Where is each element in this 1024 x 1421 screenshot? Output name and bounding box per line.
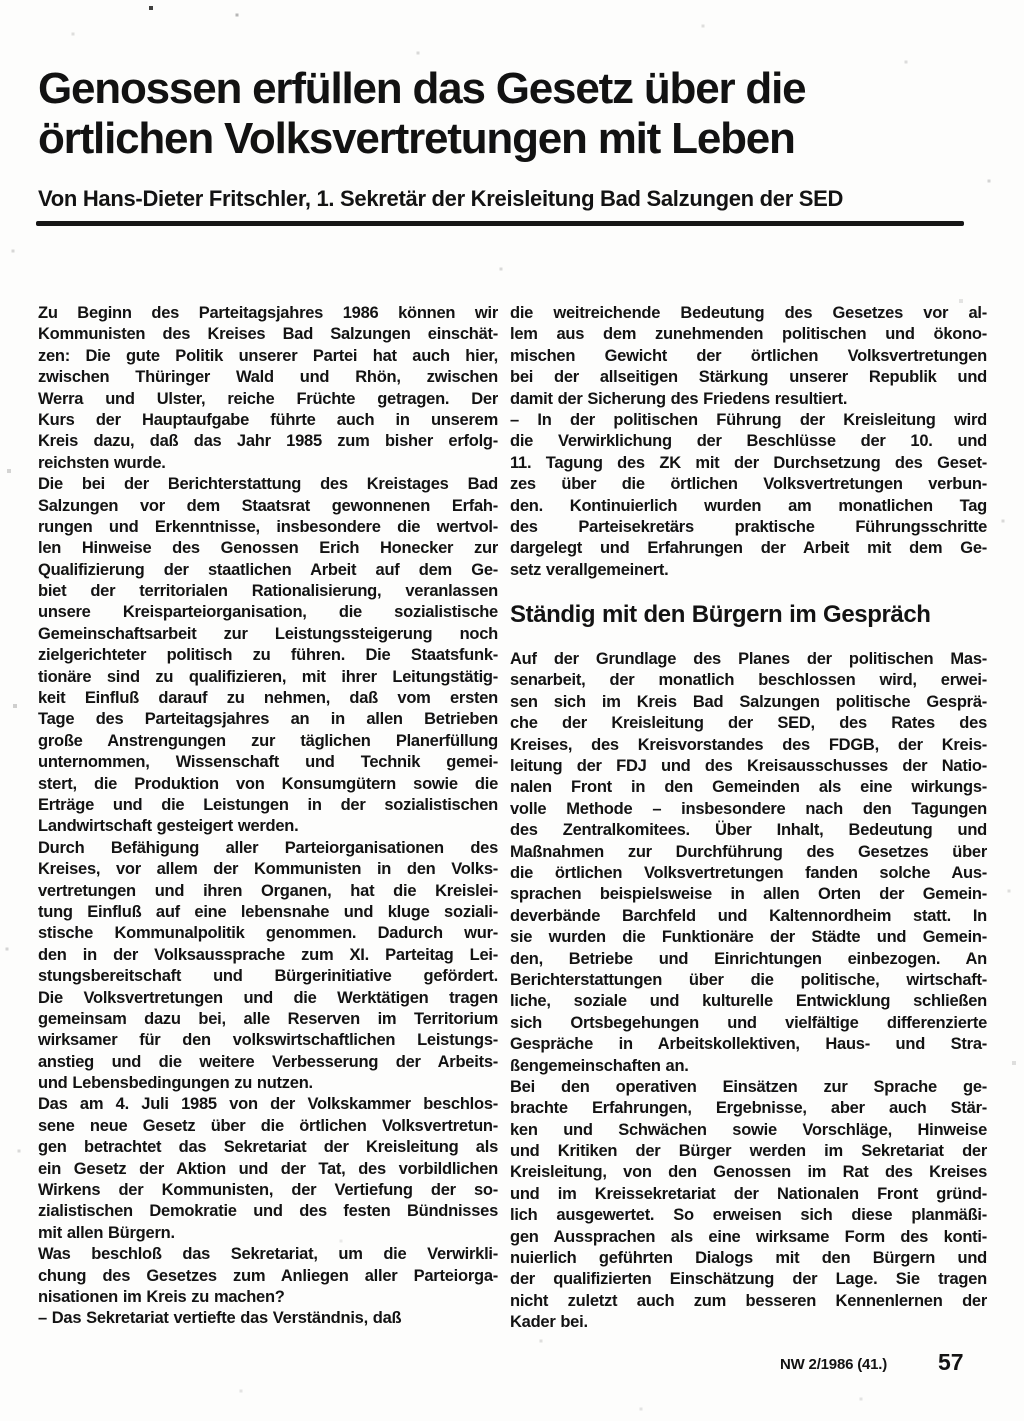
divider-rule bbox=[36, 221, 964, 226]
text-line: deverbände Barchfeld und Kaltennordheim … bbox=[510, 906, 987, 927]
text-line: unsere Kreisparteiorganisation, die sozi… bbox=[38, 602, 498, 623]
text-line: nisationen im Kreis zu machen? bbox=[38, 1287, 498, 1308]
article-title: Genossen erfüllen das Gesetz über die ör… bbox=[38, 64, 805, 164]
text-line: gemeinsam dazu bei, alle Reserven im Ter… bbox=[38, 1009, 498, 1030]
text-line: den. Kontinuierlich wurden am monatliche… bbox=[510, 496, 987, 517]
text-line: Kreises, des Kreisvorstandes des FDGB, d… bbox=[510, 735, 987, 756]
text-line: brachte Erfahrungen, Ergebnisse, aber au… bbox=[510, 1098, 987, 1119]
text-line: zialistischen Demokratie und des festen … bbox=[38, 1201, 498, 1222]
text-line: sene neue Gesetz über die örtlichen Volk… bbox=[38, 1116, 498, 1137]
text-line: des Zentralkomitees. Über Inhalt, Bedeut… bbox=[510, 820, 987, 841]
text-line: Was beschloß das Sekretariat, um die Ver… bbox=[38, 1244, 498, 1265]
text-line: Berichterstattungen über die politische,… bbox=[510, 970, 987, 991]
text-line: mischen Gewicht der örtlichen Volksvertr… bbox=[510, 346, 987, 367]
scan-noise bbox=[0, 0, 2, 2]
text-line: sie wurden die Funktionäre der Städte un… bbox=[510, 927, 987, 948]
text-line: ken und Schwächen sowie Vorschläge, Hinw… bbox=[510, 1120, 987, 1141]
text-line: Gemeinschaftsarbeit zur Leistungssteiger… bbox=[38, 624, 498, 645]
text-line: Kreises, vor allem der Kommunisten in de… bbox=[38, 859, 498, 880]
journal-reference: NW 2/1986 (41.) bbox=[780, 1356, 887, 1373]
text-line: Maßnahmen zur Durchführung des Gesetzes … bbox=[510, 842, 987, 863]
text-line: sich Ortsbegehungen und vielfältige diff… bbox=[510, 1013, 987, 1034]
text-line: dargelegt und Erfahrungen der Arbeit mit… bbox=[510, 538, 987, 559]
text-line: zen: Die gute Politik unserer Partei hat… bbox=[38, 346, 498, 367]
magazine-page: Genossen erfüllen das Gesetz über die ör… bbox=[0, 0, 1024, 1421]
text-line: Landwirtschaft gesteigert werden. bbox=[38, 816, 498, 837]
byline: Von Hans-Dieter Fritschler, 1. Sekretär … bbox=[38, 186, 843, 212]
text-line: Kader bei. bbox=[510, 1312, 987, 1333]
text-line: stungsbereitschaft und Bürgerinitiative … bbox=[38, 966, 498, 987]
text-line: mit allen Bürgern. bbox=[38, 1223, 498, 1244]
text-line: rungen und Erkenntnisse, insbesondere di… bbox=[38, 517, 498, 538]
text-line: liche, soziale und kulturelle Entwicklun… bbox=[510, 991, 987, 1012]
text-line: nalen Front in den Gemeinden als eine wi… bbox=[510, 777, 987, 798]
text-line: der qualifizierten Einschätzung der Lage… bbox=[510, 1269, 987, 1290]
text-line: Zu Beginn des Parteitagsjahres 1986 könn… bbox=[38, 303, 498, 324]
text-line: setz verallgemeinert. bbox=[510, 560, 987, 581]
text-line: des Parteisekretärs praktische Führungss… bbox=[510, 517, 987, 538]
column-right-bottom: Auf der Grundlage des Planes der politis… bbox=[510, 649, 987, 1334]
text-line: und im Kreissekretariat der Nationalen F… bbox=[510, 1184, 987, 1205]
text-line: die weitreichende Bedeutung des Gesetzes… bbox=[510, 303, 987, 324]
article-title-line1: Genossen erfüllen das Gesetz über die bbox=[38, 64, 805, 114]
text-line: reichsten wurde. bbox=[38, 453, 498, 474]
text-line: Kommunisten des Kreises Bad Salzungen ei… bbox=[38, 324, 498, 345]
text-line: – In der politischen Führung der Kreisle… bbox=[510, 410, 987, 431]
text-line: lich ausgewertet. So erweisen sich diese… bbox=[510, 1205, 987, 1226]
text-line: leitung der FDJ und des Kreisausschusses… bbox=[510, 756, 987, 777]
text-line: Die Volksvertretungen und die Werktätige… bbox=[38, 988, 498, 1009]
text-line: Werra und Ulster, reiche Früchte getrage… bbox=[38, 389, 498, 410]
text-line: Qualifizierung der staatlichen Arbeit au… bbox=[38, 560, 498, 581]
text-line: bei der allseitigen Stärkung unserer Rep… bbox=[510, 367, 987, 388]
text-line: unternommen, Wissenschaft und Technik ge… bbox=[38, 752, 498, 773]
text-line: stert, die Produktion von Konsumgütern s… bbox=[38, 774, 498, 795]
text-line: sprachen beispielsweise in allen Orten d… bbox=[510, 884, 987, 905]
article-title-line2: örtlichen Volksvertretungen mit Leben bbox=[38, 114, 805, 164]
text-line: gen Aussprachen als eine wirksame Form d… bbox=[510, 1227, 987, 1248]
page-number: 57 bbox=[938, 1349, 964, 1376]
text-line: – Das Sekretariat vertiefte das Verständ… bbox=[38, 1308, 498, 1329]
text-line: große Anstrengungen zur täglichen Planer… bbox=[38, 731, 498, 752]
text-line: den in der Volksaussprache zum XI. Parte… bbox=[38, 945, 498, 966]
text-line: Kreisleitung, von den Genossen im Rat de… bbox=[510, 1162, 987, 1183]
text-line: sen sich im Kreis Bad Salzungen politisc… bbox=[510, 692, 987, 713]
text-line: Kreis dazu, daß das Jahr 1985 zum bisher… bbox=[38, 431, 498, 452]
section-subheading: Ständig mit den Bürgern im Gespräch bbox=[510, 600, 987, 629]
text-line: lem aus dem zunehmenden politischen und … bbox=[510, 324, 987, 345]
text-line: den, Betriebe und Einrichtungen einbezog… bbox=[510, 949, 987, 970]
text-line: senarbeit, der monatlich beschlossen wir… bbox=[510, 670, 987, 691]
text-line: Kurs der Hauptaufgabe führte auch in uns… bbox=[38, 410, 498, 431]
text-line: stische Kommunalpolitik genommen. Dadurc… bbox=[38, 923, 498, 944]
text-line: 11. Tagung des ZK mit der Durchsetzung d… bbox=[510, 453, 987, 474]
text-line: nicht zuletzt auch zum besseren Kennenle… bbox=[510, 1291, 987, 1312]
text-line: tionäre sind zu qualifizieren, mit ihrer… bbox=[38, 667, 498, 688]
text-line: zwischen Thüringer Wald und Rhön, zwisch… bbox=[38, 367, 498, 388]
text-line: vertretungen und ihren Organen, hat die … bbox=[38, 881, 498, 902]
text-line: Erträge und die Leistungen in der sozial… bbox=[38, 795, 498, 816]
text-line: Gespräche in Arbeitskollektiven, Haus- u… bbox=[510, 1034, 987, 1055]
text-line: Das am 4. Juli 1985 von der Volkskammer … bbox=[38, 1094, 498, 1115]
text-line: nuierlich geführten Dialogs mit den Bürg… bbox=[510, 1248, 987, 1269]
text-line: Wirkens der Kommunisten, der Vertiefung … bbox=[38, 1180, 498, 1201]
text-line: len Hinweise des Genossen Erich Honecker… bbox=[38, 538, 498, 559]
text-line: Auf der Grundlage des Planes der politis… bbox=[510, 649, 987, 670]
text-line: damit der Sicherung des Friedens resulti… bbox=[510, 389, 987, 410]
text-line: volle Methode – insbesondere nach den Ta… bbox=[510, 799, 987, 820]
text-line: chung des Gesetzes zum Anliegen aller Pa… bbox=[38, 1266, 498, 1287]
text-line: ßengemeinschaften an. bbox=[510, 1056, 987, 1077]
text-line: Durch Befähigung aller Parteiorganisatio… bbox=[38, 838, 498, 859]
text-line: keit Einfluß darauf zu nehmen, daß vom e… bbox=[38, 688, 498, 709]
text-line: die Verwirklichung der Beschlüsse der 10… bbox=[510, 431, 987, 452]
text-line: und Lebensbedingungen zu nutzen. bbox=[38, 1073, 498, 1094]
text-line: und Kritiken der Bürger werden im Sekret… bbox=[510, 1141, 987, 1162]
text-line: biet der territorialen Rationalisierung,… bbox=[38, 581, 498, 602]
text-line: Bei den operativen Einsätzen zur Sprache… bbox=[510, 1077, 987, 1098]
text-line: wirksamer für den volkswirtschaftlichen … bbox=[38, 1030, 498, 1051]
text-line: zielgerichteter politisch zu führen. Die… bbox=[38, 645, 498, 666]
text-line: ein Gesetz der Aktion und der Tat, des v… bbox=[38, 1159, 498, 1180]
text-line: anstieg und die weitere Verbesserung der… bbox=[38, 1052, 498, 1073]
text-line: Salzungen vor dem Staatsrat gewonnenen E… bbox=[38, 496, 498, 517]
column-left: Zu Beginn des Parteitagsjahres 1986 könn… bbox=[38, 303, 498, 1330]
text-line: zes über die örtlichen Volksvertretungen… bbox=[510, 474, 987, 495]
column-right: die weitreichende Bedeutung des Gesetzes… bbox=[510, 303, 987, 1334]
column-right-top: die weitreichende Bedeutung des Gesetzes… bbox=[510, 303, 987, 581]
text-line: Tage des Parteitagsjahres an in allen Be… bbox=[38, 709, 498, 730]
text-line: gen betrachtet das Sekretariat der Kreis… bbox=[38, 1137, 498, 1158]
text-line: che der Kreisleitung der SED, des Rates … bbox=[510, 713, 987, 734]
text-line: die örtlichen Volksvertretungen fanden s… bbox=[510, 863, 987, 884]
text-line: Die bei der Berichterstattung des Kreist… bbox=[38, 474, 498, 495]
text-line: tung Einfluß auf eine lebensnahe und klu… bbox=[38, 902, 498, 923]
